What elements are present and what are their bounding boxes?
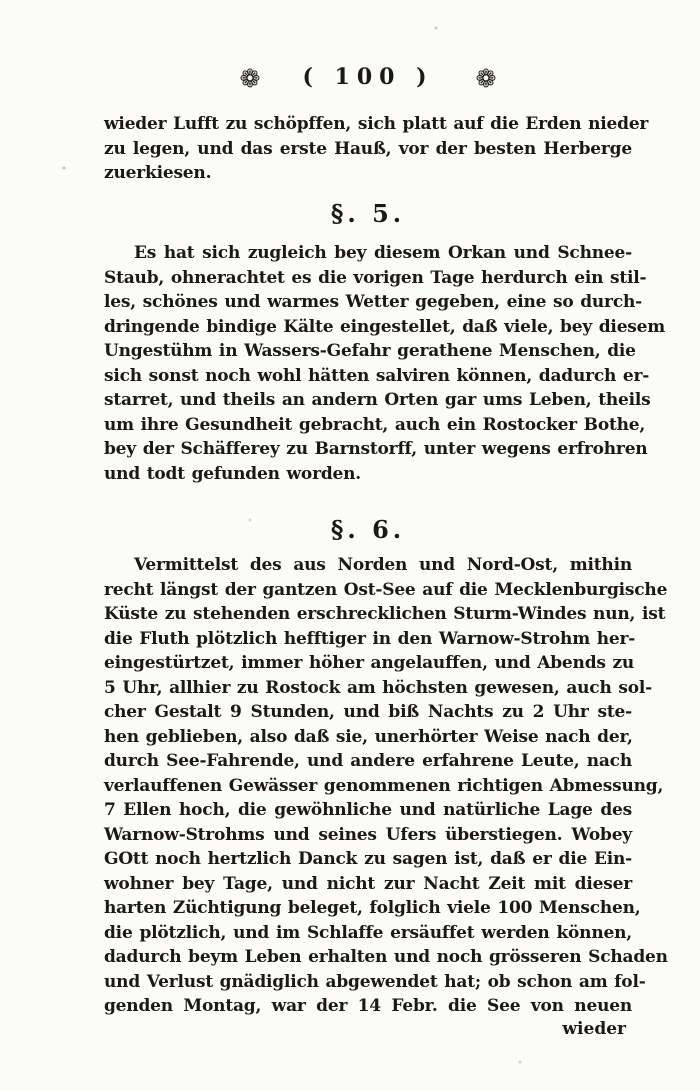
catchword: wieder	[104, 1019, 632, 1039]
text-line: GOtt noch hertzlich Danck zu sagen ist, …	[104, 847, 632, 872]
text-line: und todt gefunden worden.	[104, 462, 632, 487]
text-line: Vermittelst des aus Norden und Nord-Ost,…	[104, 553, 632, 578]
text-line: Staub, ohnerachtet es die vorigen Tage h…	[104, 266, 632, 291]
book-page-scan: ❁ ( 100 ) ❁ wieder Lufft zu schöpffen, s…	[0, 0, 700, 1091]
text-line: 7 Ellen hoch, die gewöhnliche und natürl…	[104, 798, 632, 823]
flower-ornament-icon: ❁	[240, 66, 261, 91]
text-line: recht längst der gantzen Ost-See auf die…	[104, 578, 632, 603]
flower-ornament-icon: ❁	[476, 66, 497, 91]
text-line: les, schönes und warmes Wetter gegeben, …	[104, 290, 632, 315]
text-line: starret, und theils an andern Orten gar …	[104, 388, 632, 413]
text-line: Warnow-Strohms und seines Ufers überstie…	[104, 823, 632, 848]
text-line: harten Züchtigung beleget, folglich viel…	[104, 896, 632, 921]
text-line: hen geblieben, also daß sie, unerhörter …	[104, 725, 632, 750]
text-line: wieder Lufft zu schöpffen, sich platt au…	[104, 112, 632, 137]
section-5-heading: §. 5.	[104, 199, 632, 228]
text-line: um ihre Gesundheit gebracht, auch ein Ro…	[104, 413, 632, 438]
text-line: Küste zu stehenden erschrecklichen Sturm…	[104, 602, 632, 627]
text-line: 5 Uhr, allhier zu Rostock am höchsten ge…	[104, 676, 632, 701]
text-line: Ungestühm in Wassers-Gefahr gerathene Me…	[104, 339, 632, 364]
section-6-heading: §. 6.	[104, 515, 632, 544]
text-line: cher Gestalt 9 Stunden, und biß Nachts z…	[104, 700, 632, 725]
paragraph-continuation: wieder Lufft zu schöpffen, sich platt au…	[104, 112, 632, 186]
text-line: und Verlust gnädiglich abgewendet hat; o…	[104, 970, 632, 995]
text-line: eingestürtzet, immer höher angelauffen, …	[104, 651, 632, 676]
text-line: zu legen, und das erste Hauß, vor der be…	[104, 137, 632, 162]
page-number: ( 100 )	[302, 64, 433, 90]
section-5-paragraph: Es hat sich zugleich bey diesem Orkan un…	[104, 241, 632, 486]
text-line: die plötzlich, und im Schlaffe ersäuffet…	[104, 921, 632, 946]
text-line: wohner bey Tage, und nicht zur Nacht Zei…	[104, 872, 632, 897]
text-line: verlauffenen Gewässer genommenen richtig…	[104, 774, 632, 799]
page-header: ❁ ( 100 ) ❁	[104, 64, 632, 90]
text-line: zuerkiesen.	[104, 161, 632, 186]
text-line: bey der Schäfferey zu Barnstorff, unter …	[104, 437, 632, 462]
text-line: dadurch beym Leben erhalten und noch grö…	[104, 945, 632, 970]
text-line: die Fluth plötzlich hefftiger in den War…	[104, 627, 632, 652]
text-line: dringende bindige Kälte eingestellet, da…	[104, 315, 632, 340]
text-line: genden Montag, war der 14 Febr. die See …	[104, 994, 632, 1019]
text-line: durch See-Fahrende, und andere erfahrene…	[104, 749, 632, 774]
section-6-paragraph: Vermittelst des aus Norden und Nord-Ost,…	[104, 553, 632, 1019]
text-line: sich sonst noch wohl hätten salviren kön…	[104, 364, 632, 389]
text-line: Es hat sich zugleich bey diesem Orkan un…	[104, 241, 632, 266]
